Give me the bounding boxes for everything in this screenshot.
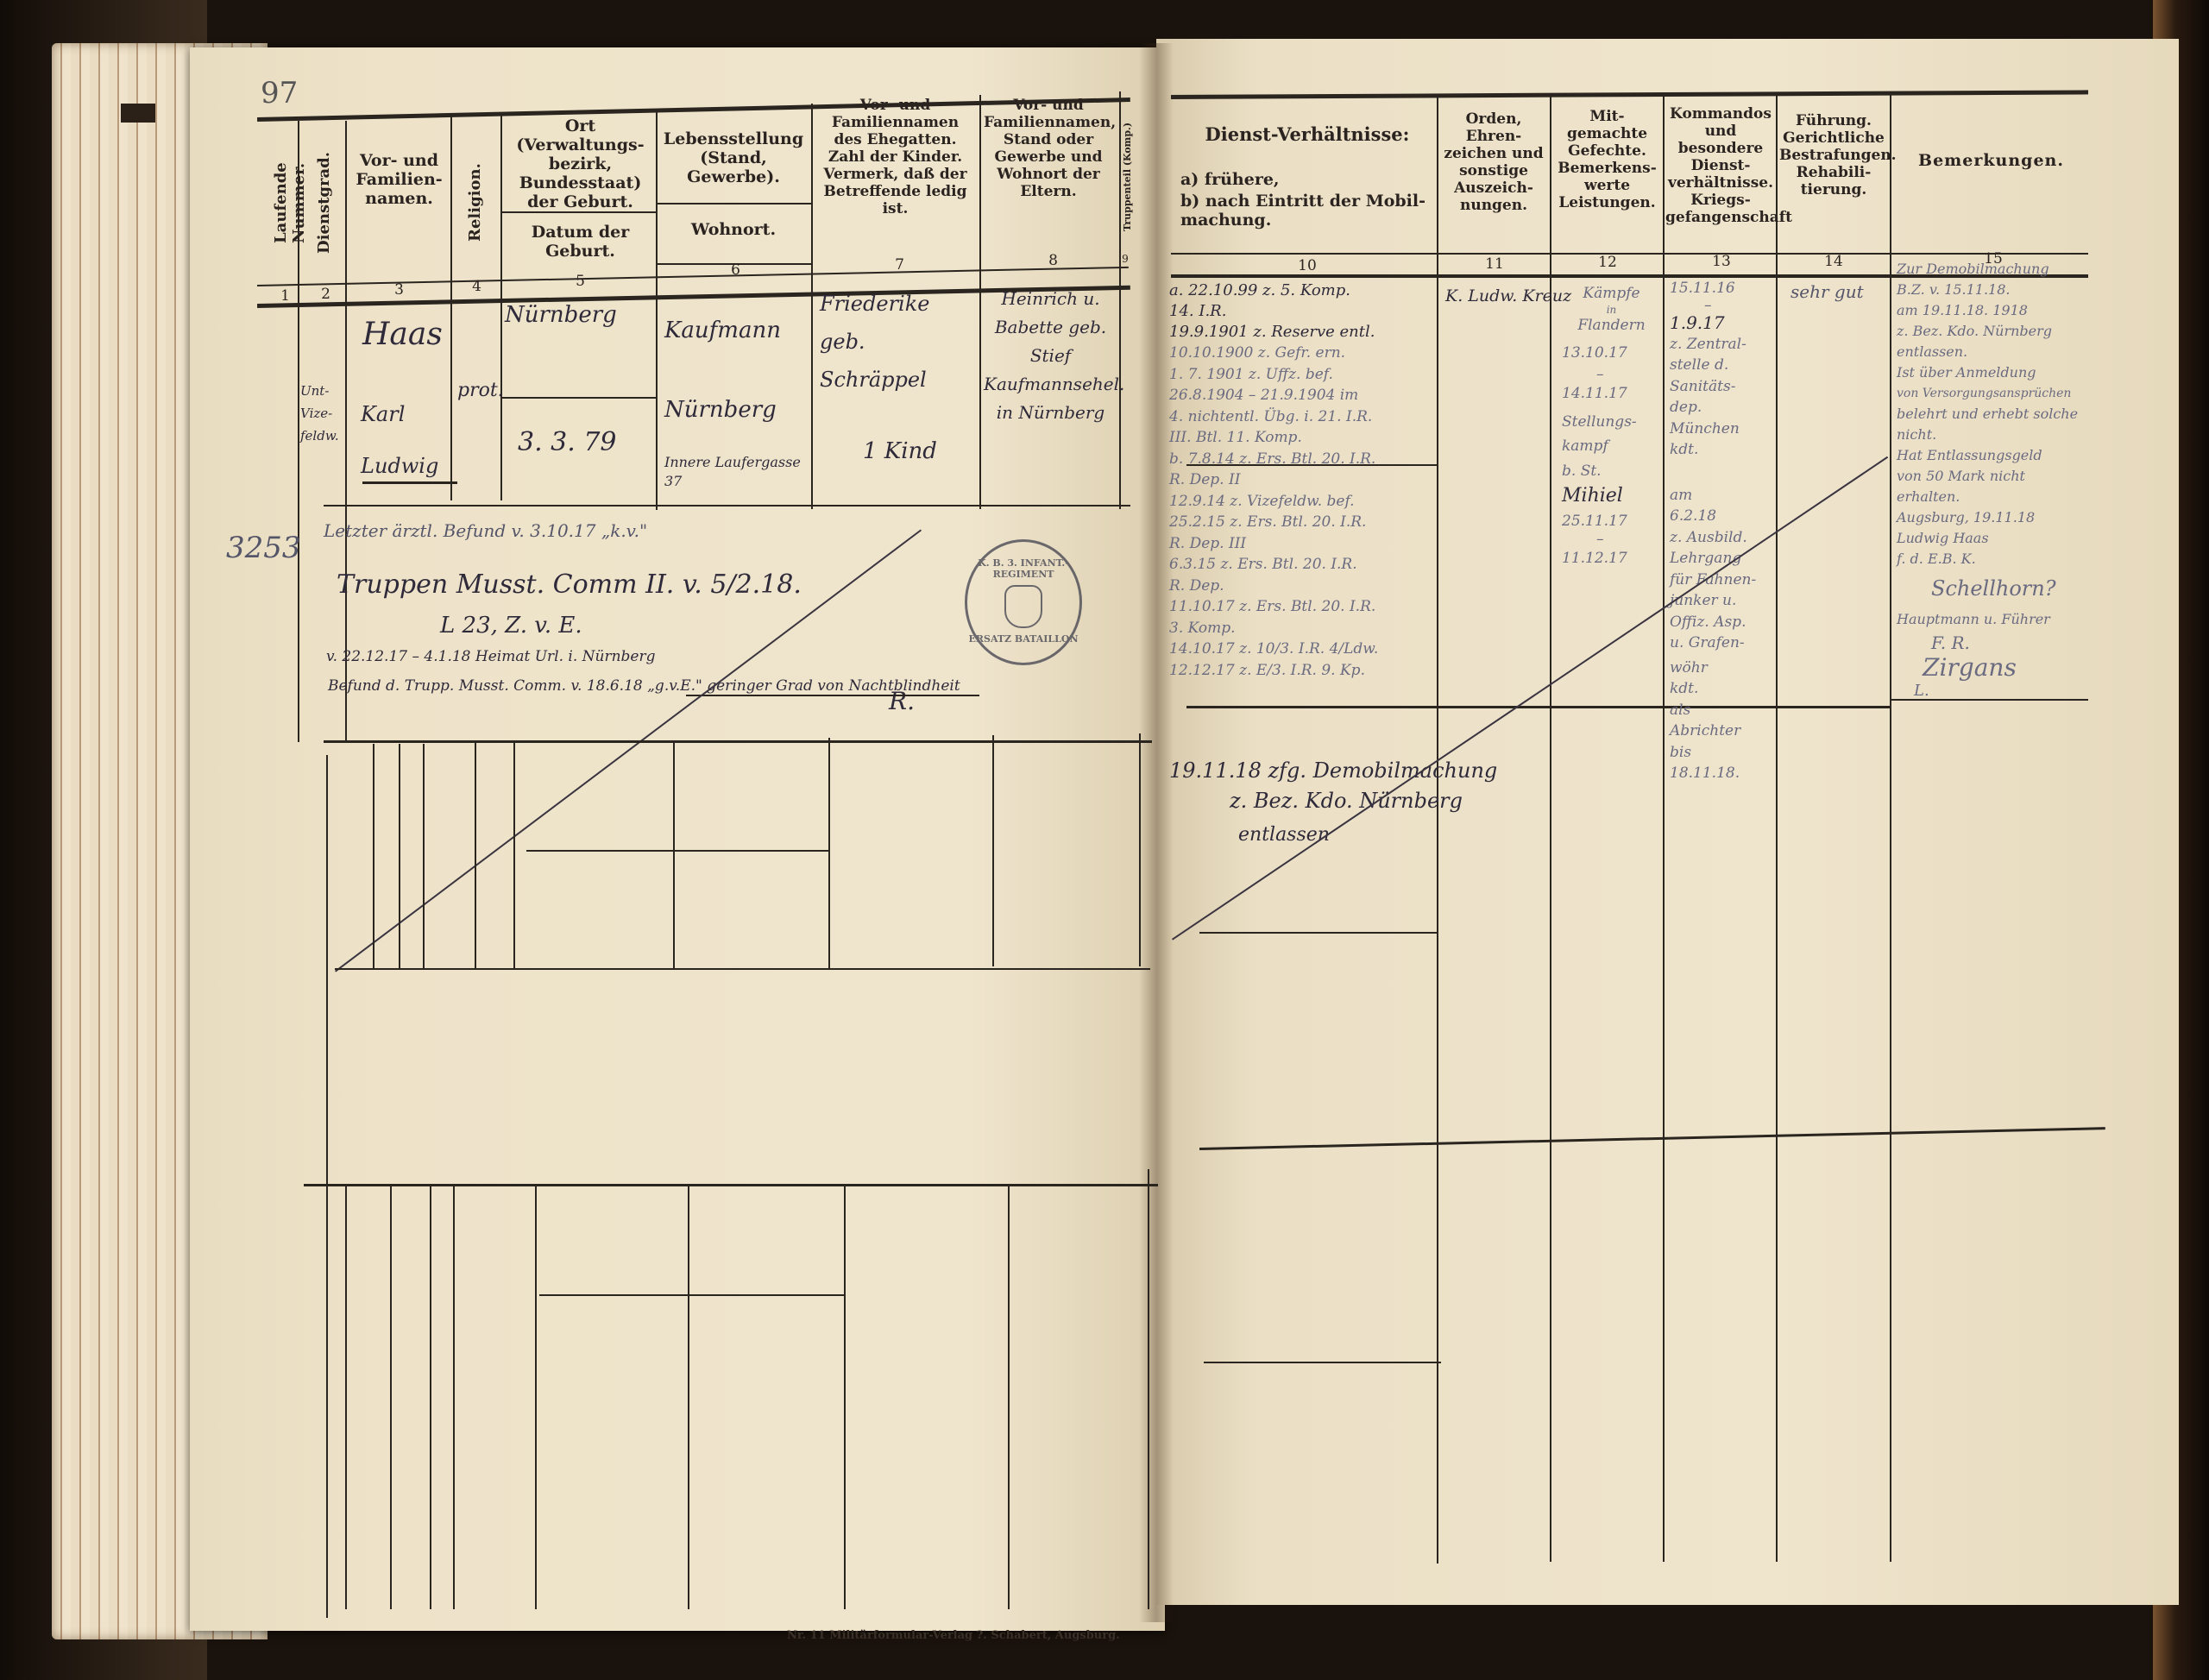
col-divider (423, 744, 425, 968)
remark-line: B.Z. v. 15.11.18. (1897, 280, 2156, 300)
col-number: 8 (1042, 252, 1064, 269)
col-number: 4 (466, 278, 488, 295)
service-line: 26.8.1904 – 21.9.1904 im (1169, 385, 1432, 406)
col-header-namen: Vor- und Familien-namen. (354, 151, 444, 208)
service-line: III. Btl. 11. Komp. (1169, 427, 1432, 449)
col-header-eltern: Vor- und Familiennamen, Stand oder Gewer… (984, 97, 1113, 200)
col-divider (844, 1186, 846, 1609)
command-line: dep. (1670, 397, 1778, 418)
page-number: 97 (261, 76, 298, 110)
remark-underline (686, 695, 979, 696)
col-number: 6 (725, 261, 746, 279)
battle-line: Stellungs- (1562, 408, 1661, 436)
remark-line: Hauptmann u. Führer (1897, 607, 2156, 632)
entry-residence: Nürnberg (664, 399, 777, 421)
col-number: 5 (570, 273, 591, 290)
col-divider (390, 1186, 392, 1609)
col-divider (656, 109, 658, 510)
decorations: K. Ludw. Kreuz (1445, 285, 1571, 307)
col-header-geburtsort: Ort (Verwaltungs-bezirk, Bundesstaat) de… (509, 116, 651, 211)
battle-line: 11.12.17 (1562, 544, 1661, 573)
remark-line: nicht. (1897, 425, 2156, 445)
col-number: 2 (315, 286, 337, 303)
spine-label (121, 104, 155, 123)
signature-initials: F. R. (1897, 632, 2156, 654)
col-header-religion: Religion. (466, 129, 492, 276)
header-number-rule (1171, 253, 2088, 255)
battle-line: kampf (1562, 436, 1661, 457)
battle-line: Kämpfe (1562, 283, 1661, 305)
cell-divider (502, 211, 656, 213)
entry-rank: Unt-Vize-feldw. (300, 380, 343, 447)
command-line: Sanitäts- (1670, 376, 1778, 398)
command-line: 6.2.18 (1670, 506, 1778, 527)
row-rule (304, 1184, 1158, 1186)
col-number: 7 (889, 256, 910, 274)
col-divider (373, 744, 374, 968)
col-divider (345, 1186, 347, 1609)
col-number: 13 (1709, 253, 1734, 270)
command-line: kdt. (1670, 439, 1778, 461)
signature: Zirgans (1897, 654, 2156, 682)
battle-line: – (1562, 370, 1661, 379)
service-line: 11.10.17 z. Ers. Btl. 20. I.R. (1169, 596, 1432, 618)
col-number: 10 (1294, 257, 1320, 274)
col-divider (688, 1186, 689, 1609)
col-header-wohnort: Wohnort. (660, 220, 807, 239)
cell-divider (1204, 1362, 1441, 1363)
cell-divider (526, 850, 828, 852)
col-divider (1008, 1186, 1010, 1609)
col-divider (475, 742, 476, 968)
command-line: am (1670, 485, 1778, 507)
service-line-demob: z. Bez. Kdo. Nürnberg (1230, 790, 1463, 812)
col-divider (673, 740, 675, 968)
remark-line: Zur Demobilmachung (1897, 259, 2156, 280)
command-line: kdt. (1670, 678, 1778, 700)
entry-spouse: Friederike geb. Schräppel (820, 285, 975, 399)
margin-number: 3253 (226, 537, 301, 559)
cell-divider (1199, 932, 1437, 934)
service-line-demob: 19.11.18 zfg. Demobilmachung (1169, 759, 1497, 782)
col-divider (1550, 95, 1551, 1562)
col-header-fuehrung: Führung. Gerichtliche Bestrafungen. Reha… (1779, 112, 1888, 198)
battle-line: in (1562, 305, 1661, 315)
battles-list: Kämpfe in Flandern 13.10.17 – 14.11.17 S… (1562, 283, 1661, 573)
col-number: 14 (1821, 253, 1847, 270)
col-number: 9 (1120, 253, 1130, 265)
remark-line: z. Bez. Kdo. Nürnberg (1897, 321, 2156, 342)
service-line: b. 7.8.14 z. Ers. Btl. 20. I.R. (1169, 449, 1432, 470)
col-header-fruehere: a) frühere, (1180, 170, 1431, 189)
command-line: 15.11.16 (1670, 278, 1778, 299)
col-header-dienstgrad: Dienstgrad. (315, 125, 341, 280)
command-line: stelle d. (1670, 355, 1778, 376)
col-divider (1139, 733, 1141, 966)
entry-religion: prot. (457, 380, 504, 402)
col-header-geburtsdatum: Datum der Geburt. (509, 223, 651, 261)
remark-line: L 23, Z. v. E. (440, 614, 582, 637)
battle-line: 13.10.17 (1562, 336, 1661, 370)
remark-line: Hat Entlassungsgeld (1897, 445, 2156, 466)
entry-residence-street: Innere Laufergasse 37 (664, 453, 802, 491)
service-line: 25.2.15 z. Ers. Btl. 20. I.R. (1169, 512, 1432, 533)
service-line: R. Dep. II (1169, 469, 1432, 491)
service-line: 14. I.R. (1169, 301, 1432, 322)
col-header-gefechte: Mit-gemachte Gefechte. Bemerkens-werte L… (1553, 108, 1661, 211)
commands-list: 15.11.16 – 1.9.17 z. Zentral- stelle d. … (1670, 278, 1778, 784)
col-header-mobilmachung: b) nach Eintritt der Mobil-machung. (1180, 192, 1431, 230)
row-rule (1186, 706, 1890, 708)
col-header-kommandos: Kommandos und besondere Dienst-verhältni… (1665, 105, 1776, 226)
service-line: 6.3.15 z. Ers. Btl. 20. I.R. (1169, 554, 1432, 576)
col-divider (811, 104, 813, 509)
col-divider (1148, 1169, 1149, 1609)
row-rule (335, 968, 1150, 970)
command-line: z. Ausbild. (1670, 527, 1778, 549)
col-divider (535, 1186, 537, 1609)
remark-line: am 19.11.18. 1918 (1897, 300, 2156, 321)
service-line: 12.12.17 z. E/3. I.R. 9. Kp. (1169, 660, 1432, 682)
remark-line: entlassen. (1897, 342, 2156, 362)
col-header-laufende-nummer: Laufende Nummer. (272, 125, 298, 280)
remark-line: Ludwig Haas (1897, 528, 2156, 549)
service-line: 1. 7. 1901 z. Uffz. bef. (1169, 364, 1432, 386)
command-line: München (1670, 418, 1778, 440)
entry-surname: Haas (362, 324, 443, 346)
row-rule (324, 505, 1130, 507)
signature: Schellhorn? (1897, 569, 2156, 607)
entry-birth-place: Nürnberg (505, 304, 617, 326)
battle-line: Flandern (1562, 315, 1661, 337)
cell-divider (1186, 464, 1437, 466)
col-header-lebensstellung: Lebensstellung (Stand, Gewerbe). (660, 129, 807, 186)
col-divider (450, 116, 452, 500)
command-line: 1.9.17 (1670, 311, 1778, 334)
battle-line: b. St. (1562, 457, 1661, 485)
service-line: 19.9.1901 z. Reserve entl. (1169, 322, 1432, 343)
col-divider (453, 1186, 455, 1609)
remark-initial: R. (889, 690, 915, 713)
conduct: sehr gut (1790, 280, 1864, 303)
command-line: z. Zentral- (1670, 334, 1778, 356)
col-divider (500, 115, 502, 500)
col-divider (513, 742, 515, 968)
remark-line: f. d. E.B. K. (1897, 549, 2156, 569)
command-line: 18.11.18. (1670, 763, 1778, 784)
command-line: für Fahnen- (1670, 569, 1778, 591)
col-number: 12 (1595, 254, 1621, 271)
service-line: 4. nichtentl. Übg. i. 21. I.R. (1169, 406, 1432, 428)
regiment-stamp: K. B. 3. INFANT.-REGIMENT ERSATZ BATAILL… (965, 539, 1082, 665)
remark-line: Augsburg, 19.11.18 (1897, 507, 2156, 528)
signature-initials: L. (1897, 682, 2156, 701)
battle-line: 14.11.17 (1562, 379, 1661, 408)
command-line: – (1670, 299, 1778, 311)
col-number: 1 (274, 287, 296, 305)
col-divider (1119, 91, 1121, 509)
service-line: R. Dep. III (1169, 533, 1432, 555)
col-divider (828, 738, 830, 968)
col-number: 3 (388, 281, 410, 299)
stamp-text-outer: K. B. 3. INFANT.-REGIMENT (967, 557, 1079, 580)
command-line: als (1670, 700, 1778, 721)
cell-divider (658, 203, 811, 204)
col-header-truppenteil: Truppenteil (Komp.) (1122, 95, 1134, 259)
col-divider (979, 95, 981, 509)
col-divider (1663, 95, 1665, 1562)
service-line: R. Dep. (1169, 576, 1432, 597)
service-line: a. 22.10.99 z. 5. Komp. (1169, 280, 1432, 301)
cell-divider (502, 397, 656, 399)
service-line: 3. Komp. (1169, 618, 1432, 639)
remark-line: erhalten. (1897, 487, 2156, 507)
command-line: wöhr (1670, 658, 1778, 679)
remarks-list: Zur Demobilmachung B.Z. v. 15.11.18. am … (1897, 259, 2156, 701)
entry-parents: Heinrich u. Babette geb. Stief Kaufmanns… (984, 285, 1117, 427)
remark-line: Truppen Musst. Comm II. v. 5/2.18. (337, 574, 802, 596)
col-divider (992, 735, 994, 966)
command-line: Offiz. Asp. (1670, 612, 1778, 633)
remark-line: v. 22.12.17 – 4.1.18 Heimat Url. i. Nürn… (326, 645, 656, 668)
remark-line: Letzter ärztl. Befund v. 3.10.17 „k.v." (324, 519, 647, 542)
battle-line: Mihiel (1562, 485, 1661, 507)
col-header-ehegatte: Vor- und Familiennamen des Ehegatten. Za… (815, 97, 975, 217)
battle-line: 25.11.17 (1562, 507, 1661, 535)
command-line: bis (1670, 742, 1778, 764)
col-header-dienstverhaeltnisse: Dienst-Verhältnisse: (1191, 125, 1424, 144)
row-rule (1890, 699, 2088, 701)
col-divider (430, 1186, 431, 1609)
entry-children: 1 Kind (863, 440, 937, 462)
service-record: a. 22.10.99 z. 5. Komp. 14. I.R. 19.9.19… (1169, 280, 1432, 681)
col-number: 11 (1482, 255, 1507, 273)
col-divider (399, 744, 400, 968)
command-line: u. Grafen- (1670, 632, 1778, 654)
battle-line: – (1562, 535, 1661, 544)
stamp-text-inner: ERSATZ BATAILLON (967, 633, 1079, 645)
service-line: 10.10.1900 z. Gefr. ern. (1169, 343, 1432, 364)
remark-line: Ist über Anmeldung (1897, 362, 2156, 383)
crest-icon (1004, 585, 1042, 628)
service-line: 14.10.17 z. 10/3. I.R. 4/Ldw. (1169, 639, 1432, 660)
col-divider (1890, 95, 1891, 1562)
col-header-bemerkungen: Bemerkungen. (1894, 151, 2088, 170)
remark-line: belehrt und erhebt solche (1897, 404, 2156, 425)
entry-given-names: Karl Ludwig (361, 388, 447, 492)
book-gutter (1139, 43, 1174, 1622)
entry-birth-date: 3. 3. 79 (518, 431, 617, 454)
col-divider (1437, 97, 1438, 1564)
row-rule (324, 740, 1152, 743)
entry-occupation: Kaufmann (664, 319, 781, 342)
col-header-orden: Orden, Ehren-zeichen und sonstige Auszei… (1441, 110, 1546, 214)
printer-imprint: Nr. 11 Militärformular-Verlag ?. Schaber… (787, 1629, 1120, 1642)
col-divider (326, 755, 328, 1618)
remark-line: von Versorgungsansprüchen (1897, 383, 2156, 404)
remark-line: von 50 Mark nicht (1897, 466, 2156, 487)
cell-divider (539, 1294, 846, 1296)
command-line: Abrichter (1670, 720, 1778, 742)
service-line: 12.9.14 z. Vizefeldw. bef. (1169, 491, 1432, 513)
